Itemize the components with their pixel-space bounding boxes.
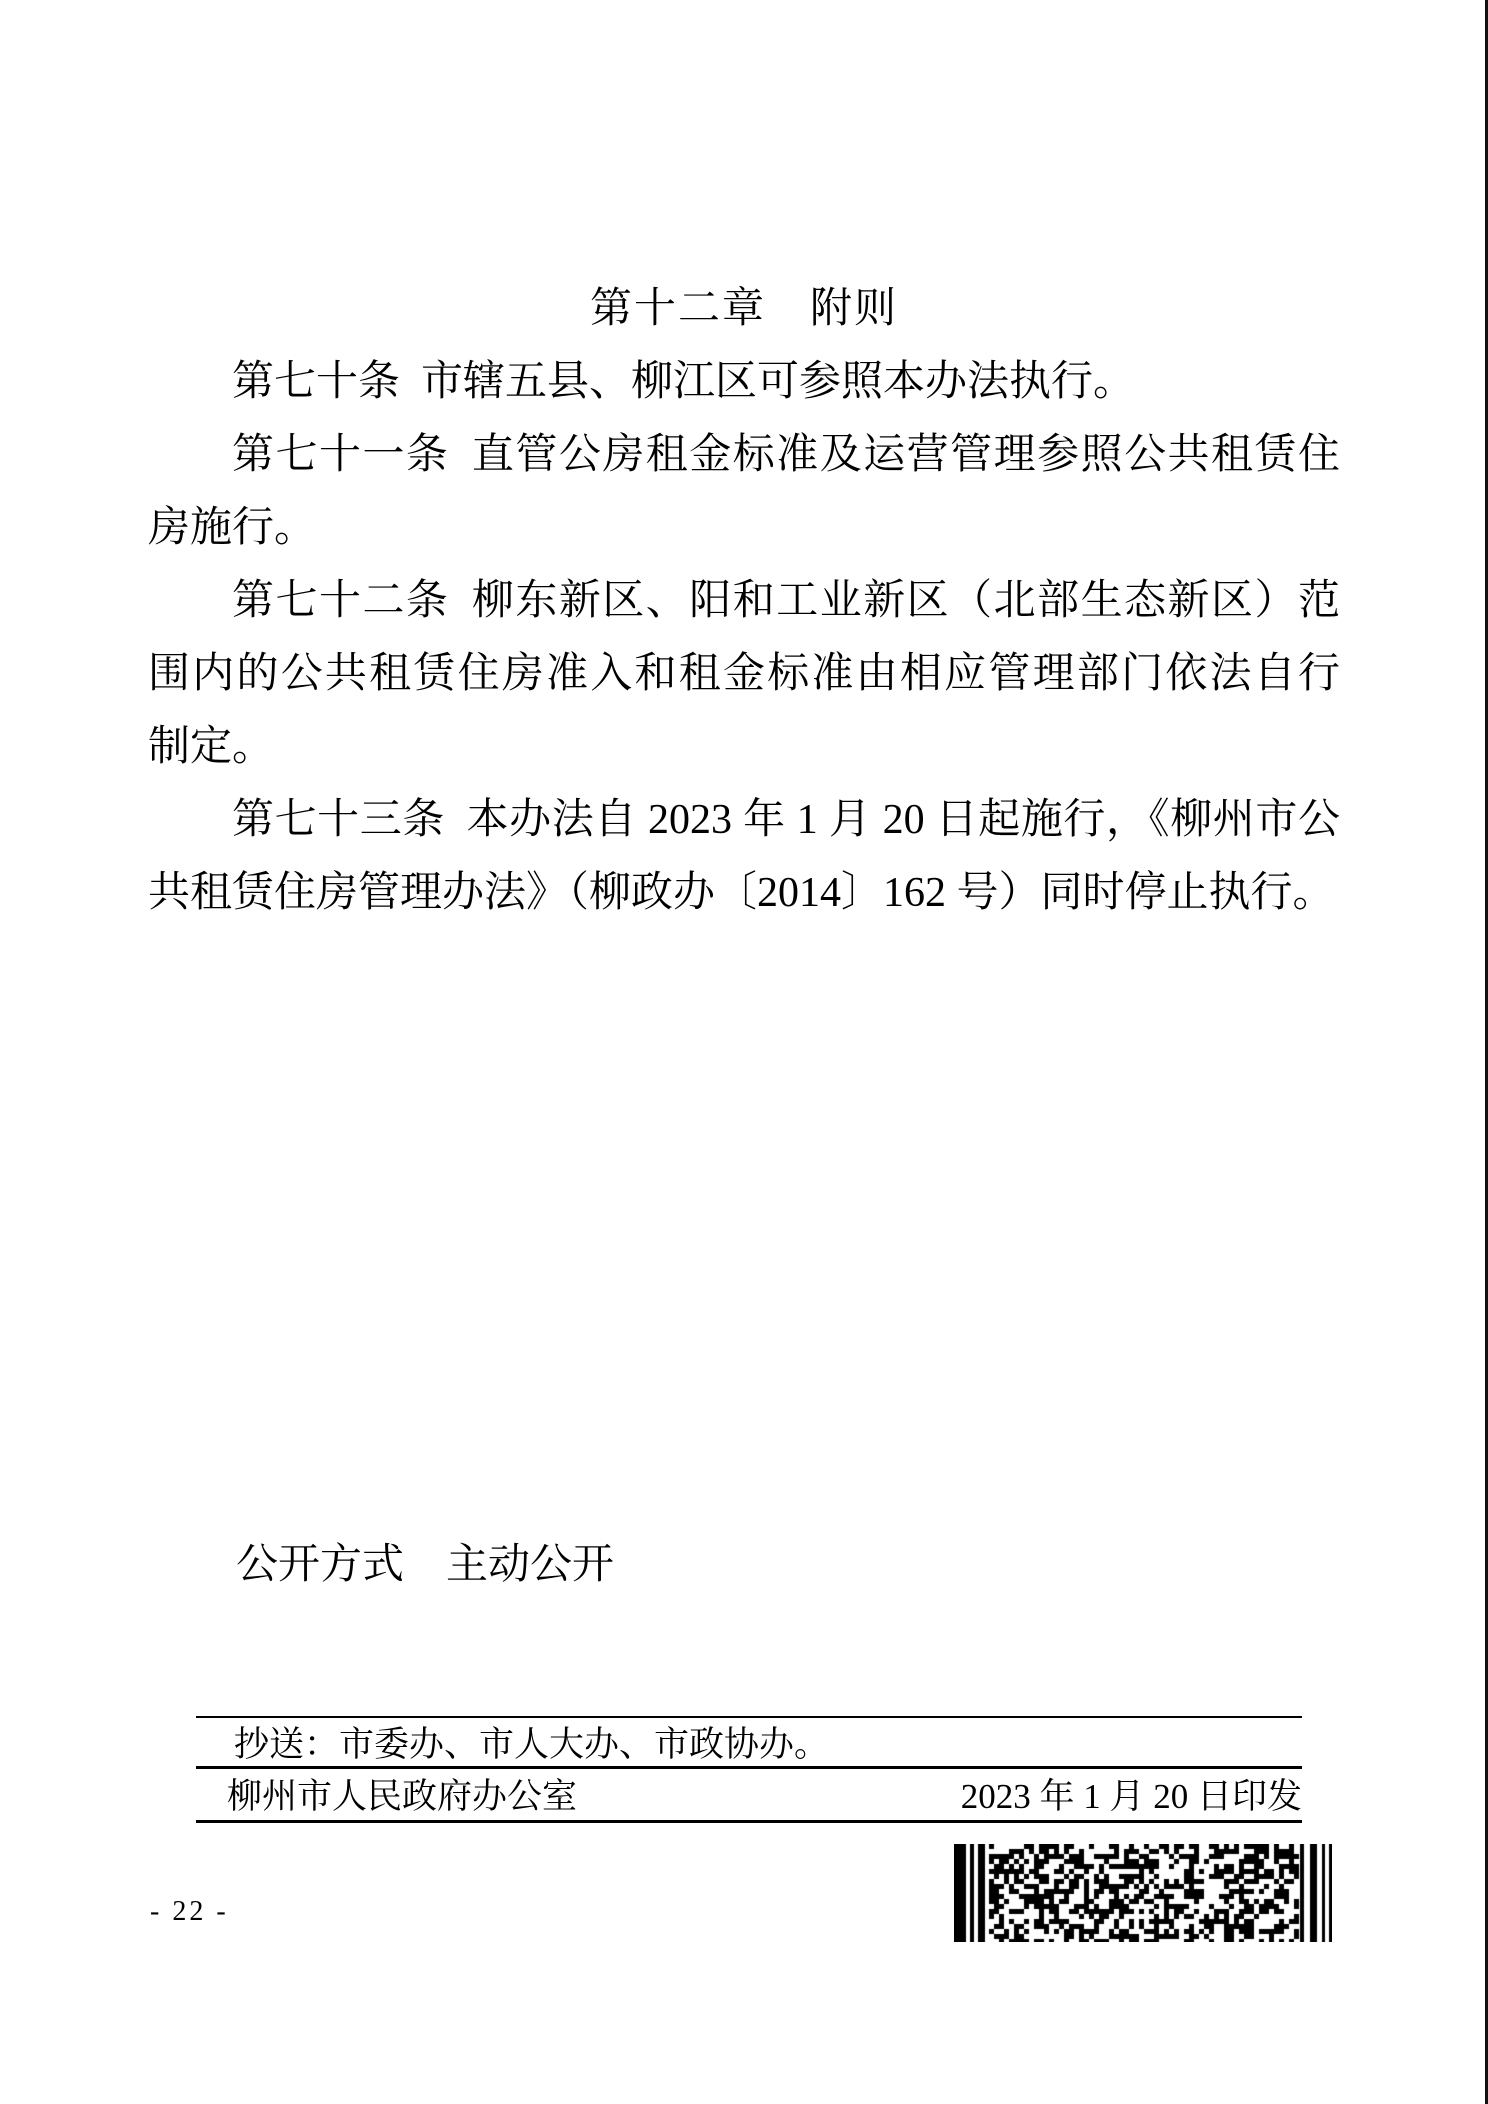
issuing-office: 柳州市人民政府办公室 (227, 1776, 577, 1818)
article-72-line-1: 第七十二条 柳东新区、阳和工业新区（北部生态新区）范 (148, 575, 1340, 627)
article-70-line: 第七十条 市辖五县、柳江区可参照本办法执行。 (148, 356, 1340, 408)
article-73-line-2: 共租赁住房管理办法》（柳政办〔2014〕162 号）同时停止执行。 (148, 867, 1340, 919)
article-72-line-2: 围内的公共租赁住房准入和租金标准由相应管理部门依法自行 (148, 648, 1340, 700)
chapter-title: 第十二章 附则 (148, 283, 1340, 335)
document-barcode (954, 1844, 1332, 1942)
cc-line: 抄送：市委办、市人大办、市政协办。 (234, 1724, 829, 1766)
issuer-row: 柳州市人民政府办公室 2023 年 1 月 20 日印发 (227, 1776, 1302, 1818)
footer-rule-bottom (196, 1820, 1302, 1823)
print-date: 2023 年 1 月 20 日印发 (961, 1776, 1302, 1818)
article-72-line-3: 制定。 (148, 721, 1340, 773)
disclosure-method-line: 公开方式 主动公开 (236, 1540, 614, 1590)
article-71-line-1: 第七十一条 直管公房租金标准及运营管理参照公共租赁住 (148, 429, 1340, 481)
footer-rule-middle (196, 1766, 1302, 1769)
article-73-line-1: 第七十三条 本办法自 2023 年 1 月 20 日起施行，《柳州市公 (148, 794, 1340, 846)
footer-rule-top (196, 1716, 1302, 1718)
document-page: 第十二章 附则 第七十条 市辖五县、柳江区可参照本办法执行。 第七十一条 直管公… (0, 0, 1488, 2104)
page-number: - 22 - (150, 1896, 229, 1928)
article-71-line-2: 房施行。 (148, 502, 1340, 554)
